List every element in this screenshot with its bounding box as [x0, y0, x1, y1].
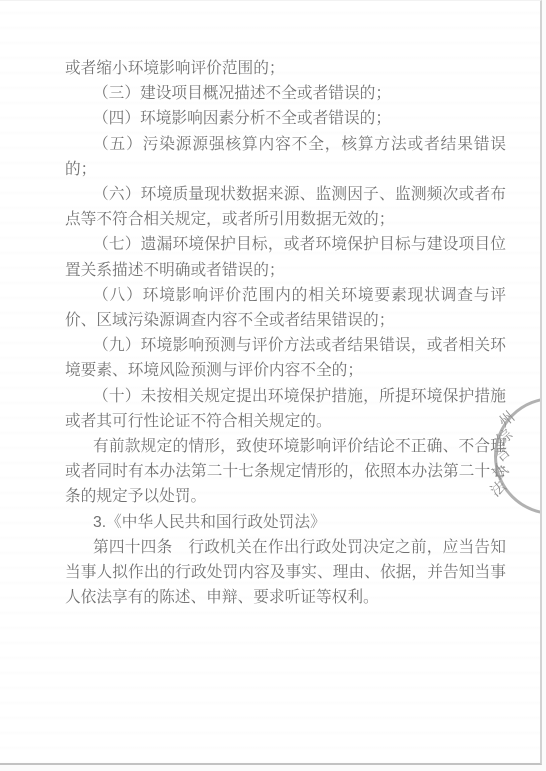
- scanned-document-screenshot: { "document": { "paragraphs": [ { "inden…: [0, 0, 546, 771]
- paragraph-11: 3.《中华人民共和国行政处罚法》: [65, 510, 506, 535]
- paragraph-7: （八）环境影响评价范围内的相关环境要素现状调查与评价、区域污染源调查内容不全或者…: [65, 283, 506, 333]
- document-page: 或者缩小环境影响评价范围的；（三）建设项目概况描述不全或者错误的；（四）环境影响…: [0, 0, 542, 765]
- paragraph-1: 或者缩小环境影响评价范围的；: [65, 56, 506, 81]
- paragraph-2: （三）建设项目概况描述不全或者错误的；: [65, 81, 506, 106]
- paragraph-6: （七）遗漏环境保护目标，或者环境保护目标与建设项目位置关系描述不明确或者错误的；: [65, 232, 506, 282]
- paragraph-3: （四）环境影响因素分析不全或者错误的；: [65, 106, 506, 131]
- paragraph-9: （十）未按相关规定提出环境保护措施，所提环境保护措施或者其可行性论证不符合相关规…: [65, 384, 506, 434]
- document-body: 或者缩小环境影响评价范围的；（三）建设项目概况描述不全或者错误的；（四）环境影响…: [65, 56, 506, 610]
- paragraph-4: （五）污染源源强核算内容不全，核算方法或者结果错误的；: [65, 132, 506, 182]
- paragraph-12: 第四十四条 行政机关在作出行政处罚决定之前，应当告知当事人拟作出的行政处罚内容及…: [65, 535, 506, 611]
- paragraph-5: （六）环境质量现状数据来源、监测因子、监测频次或者布点等不符合相关规定，或者所引…: [65, 182, 506, 232]
- paragraph-8: （九）环境影响预测与评价方法或者结果错误，或者相关环境要素、环境风险预测与评价内…: [65, 333, 506, 383]
- paragraph-10: 有前款规定的情形，致使环境影响评价结论不正确、不合理或者同时有本办法第二十七条规…: [65, 434, 506, 510]
